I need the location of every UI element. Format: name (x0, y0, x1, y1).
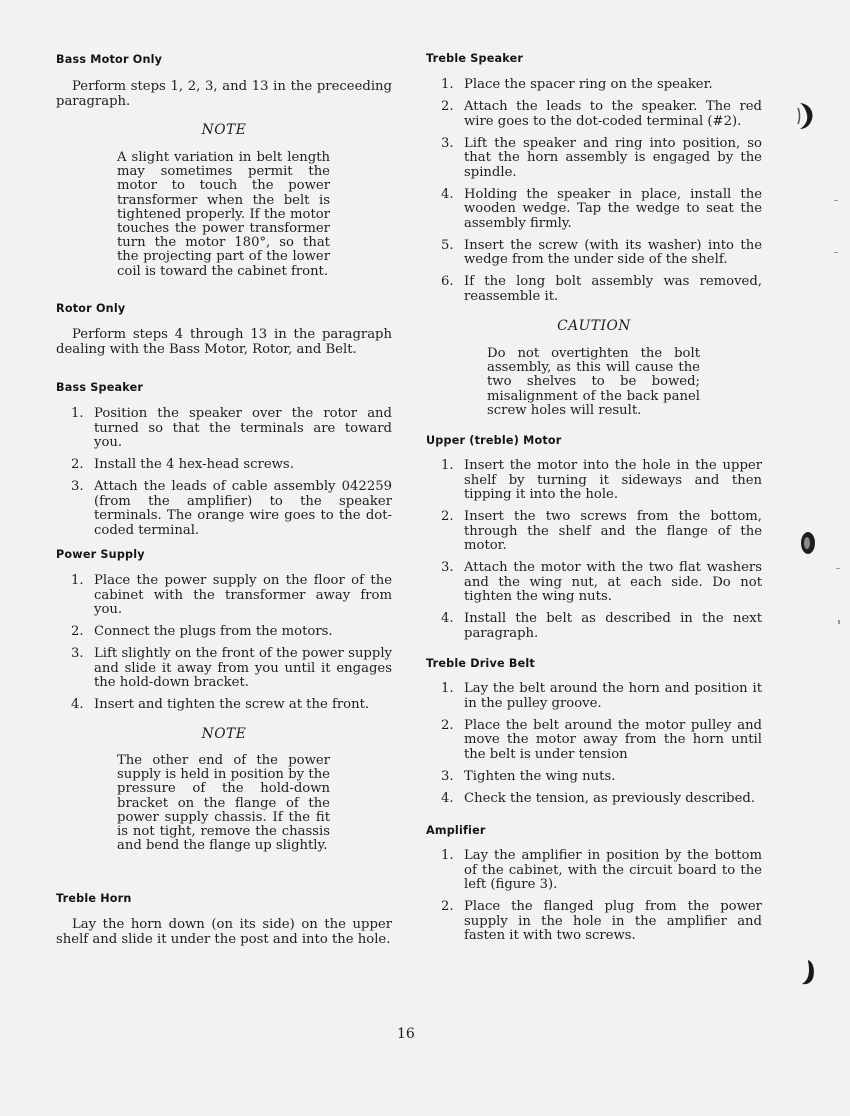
note-text: A slight variation in belt length may so… (117, 151, 330, 279)
heading-treble-drive-belt: Treble Drive Belt (426, 657, 535, 670)
punch-hole-icon (794, 100, 818, 132)
heading-rotor-only: Rotor Only (56, 302, 125, 315)
rotor-only-text: Perform steps 4 through 13 in the paragr… (56, 328, 392, 357)
list-item: 1.Place the power supply on the floor of… (56, 574, 392, 618)
list-item: 1.Insert the motor into the hole in the … (426, 459, 762, 503)
scan-speck (834, 252, 838, 253)
scan-speck (838, 620, 840, 624)
heading-treble-speaker: Treble Speaker (426, 52, 523, 65)
list-item: 2.Insert the two screws from the bottom,… (426, 510, 762, 554)
heading-bass-speaker: Bass Speaker (56, 381, 143, 394)
heading-bass-motor-only: Bass Motor Only (56, 53, 162, 66)
list-item: 3.Tighten the wing nuts. (426, 770, 762, 785)
list-item: 1.Place the spacer ring on the speaker. (426, 78, 762, 93)
list-item: 6.If the long bolt assembly was removed,… (426, 275, 762, 304)
treble-speaker-steps: 1.Place the spacer ring on the speaker. … (426, 78, 762, 312)
treble-horn-text: Lay the horn down (on its side) on the u… (56, 918, 392, 947)
punch-hole-icon (799, 958, 819, 986)
amplifier-steps: 1.Lay the amplifier in position by the b… (426, 849, 762, 951)
treble-drive-belt-steps: 1.Lay the belt around the horn and posit… (426, 682, 762, 814)
heading-upper-treble-motor: Upper (treble) Motor (426, 434, 561, 447)
list-item: 5.Insert the screw (with its washer) int… (426, 239, 762, 268)
list-item: 2.Place the belt around the motor pulley… (426, 719, 762, 763)
list-item: 4.Insert and tighten the screw at the fr… (56, 698, 392, 713)
list-item: 1.Position the speaker over the rotor an… (56, 407, 392, 451)
power-supply-steps: 1.Place the power supply on the floor of… (56, 574, 392, 720)
list-item: 3.Lift the speaker and ring into positio… (426, 137, 762, 181)
note-text: The other end of the power supply is hel… (117, 754, 330, 853)
note-title: NOTE (56, 726, 392, 742)
bass-speaker-steps: 1.Position the speaker over the rotor an… (56, 407, 392, 546)
caution-title: CAUTION (426, 318, 762, 334)
list-item: 4.Holding the speaker in place, install … (426, 188, 762, 232)
bass-motor-only-text: Perform steps 1, 2, 3, and 13 in the pre… (56, 80, 392, 109)
scan-speck (836, 568, 840, 569)
list-item: 3.Attach the motor with the two flat was… (426, 561, 762, 605)
heading-power-supply: Power Supply (56, 548, 145, 561)
list-item: 2.Install the 4 hex-head screws. (56, 458, 392, 473)
caution-text: Do not overtighten the bolt assembly, as… (487, 347, 700, 418)
list-item: 2.Place the flanged plug from the power … (426, 900, 762, 944)
list-item: 2.Connect the plugs from the motors. (56, 625, 392, 640)
note-title: NOTE (56, 122, 392, 138)
list-item: 4.Check the tension, as previously descr… (426, 792, 762, 807)
list-item: 3.Lift slightly on the front of the powe… (56, 647, 392, 691)
heading-amplifier: Amplifier (426, 824, 486, 837)
punch-hole-icon (797, 528, 819, 558)
list-item: 1.Lay the amplifier in position by the b… (426, 849, 762, 893)
heading-treble-horn: Treble Horn (56, 892, 132, 905)
upper-treble-motor-steps: 1.Insert the motor into the hole in the … (426, 459, 762, 649)
page-number: 16 (397, 1026, 415, 1042)
list-item: 3.Attach the leads of cable assembly 042… (56, 480, 392, 538)
list-item: 2.Attach the leads to the speaker. The r… (426, 100, 762, 129)
list-item: 4.Install the belt as described in the n… (426, 612, 762, 641)
scan-speck (834, 200, 838, 201)
list-item: 1.Lay the belt around the horn and posit… (426, 682, 762, 711)
